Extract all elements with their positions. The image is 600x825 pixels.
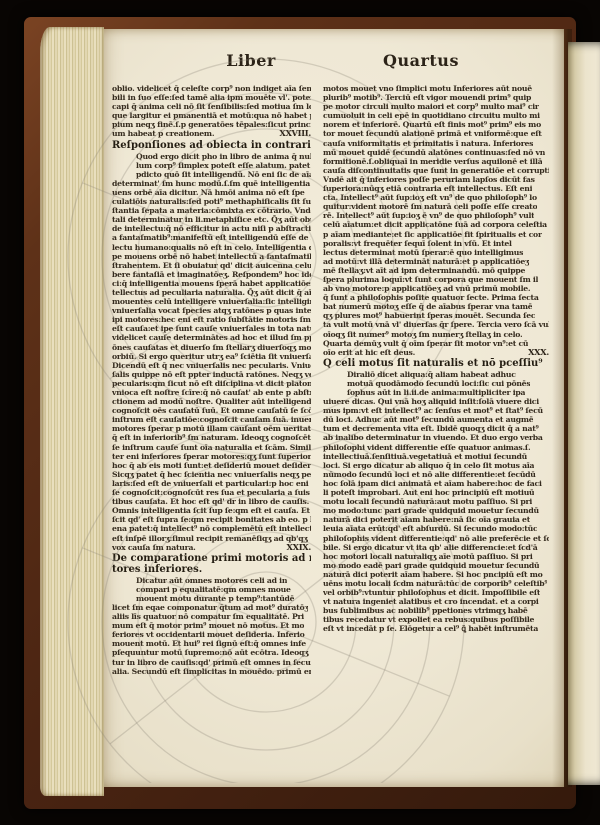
text-line: mus ipm:vt eſt intellect⁹ ac ſenſus et m… xyxy=(323,406,549,415)
paragraph: Dicatur aūt omnes motores celi ad incomp… xyxy=(112,576,311,676)
book-page: Liber Quartus oblio. videlicet q̄ celeſt… xyxy=(104,29,564,787)
text-line: vel orbib⁹:vtuntur philoſophus et dicit.… xyxy=(323,588,549,597)
text-line: cta. Intellect⁹ aūt ſup:ioʒ eſt vn⁹ de q… xyxy=(323,193,549,202)
text-line: vox cauſa ſm natura.XXIX. xyxy=(112,543,311,552)
text-line: ab vno motore:p applicatiōeʒ ad vnū prim… xyxy=(323,284,549,293)
text-line: mouent motu durante p temp⁹:tantūdē xyxy=(112,594,311,603)
text-line: Dicendū eſt q̄ nec vniuerſalis nec pecul… xyxy=(112,361,311,370)
text-line: determinat' ſm hunc modū.ſ.ſm quē intell… xyxy=(112,179,311,188)
text-line: ipi motores:hec eni eſt ratio ſubſtātie … xyxy=(112,315,311,324)
text-line: uēns motu locali ſcdm naturā:tūc de corp… xyxy=(323,579,549,588)
text-line: Q̄ celi motus ſit naturalis et nō pceſſi… xyxy=(323,358,549,369)
text-line: Quarta demūʒ vult q̄ oīm ſperar ſit moto… xyxy=(323,339,549,348)
text-line: ta vult motū vnā vl' diuerſas q̄r ſpere.… xyxy=(323,320,549,329)
text-line: cognoſcit oēs cauſatū ſuū. Et omne cauſa… xyxy=(112,406,311,415)
text-line: q̄ eſt in inferiorib⁹ ſm naturam. Ideoqʒ… xyxy=(112,433,311,442)
text-line: loci. Si ergo dicatur ab aliquo q̄ in ce… xyxy=(323,461,549,470)
text-column-left: oblio. videlicet q̄ celeſte corp⁹ non in… xyxy=(112,84,311,676)
text-line: leuia aīata erūt:qd' eſt abſurdū. Si ſec… xyxy=(323,524,549,533)
text-line: poralis:vt frequēter ſequī ſolent in vſū… xyxy=(323,239,549,248)
text-line: lum corp⁹ ſimplex poteſt eſſe alatum. pa… xyxy=(112,161,311,170)
text-line: tellectus ad peculiaria naturalia. Q̄ʒ a… xyxy=(112,288,311,297)
paragraph: motos mouet vno ſimplici motu Inferiores… xyxy=(323,84,549,357)
text-line: ſcit qd' eſt ſupra ſe:qm recipit bonitat… xyxy=(112,515,311,524)
text-line: bere fantaſiā et imaginatōeʒ. Reſpondem⁹… xyxy=(112,270,311,279)
text-line: bile. Si ergo dicatur vt ita qb' alie di… xyxy=(323,543,549,552)
text-line: intellectiuā.ſenſitiuā.vegetatiuā et mot… xyxy=(323,452,549,461)
text-line: vnioca eſt noſtre ſcīre:q̄ nō cauſat' ab… xyxy=(112,388,311,397)
text-line: tibus recedatur vt expoliet ea rebus:qui… xyxy=(323,615,549,624)
text-line: pium neqʒ finē.ſ.p generatōes tēpales:ſi… xyxy=(112,120,311,129)
facing-page-edge xyxy=(568,42,600,785)
text-line: bat numerū motoʒ eſſe q̄ de aīabus ſpera… xyxy=(323,302,549,311)
text-line: ter eni inferiores ſperar motores:qʒ ſun… xyxy=(112,452,311,461)
text-line: que largitur ei pmanentiā et motū:qua nō… xyxy=(112,111,311,120)
text-line: uens orbē aīa dicitur. Nā hmōi anima nō … xyxy=(112,188,311,197)
text-line: tur in libro de cauſis:qd' primū eſt omn… xyxy=(112,658,311,667)
text-line: norem et inferiorē. Quartū eſt finis mot… xyxy=(323,120,549,129)
text-line: a fantaſmatib⁹:manifeſtū eſt intelligend… xyxy=(112,233,311,242)
text-line: videlicet cauſe determinātes ad hoc et i… xyxy=(112,333,311,342)
text-line: pecularis:qm ſicut nō eſt diſciplina vt … xyxy=(112,379,311,388)
text-line: Omnis intelligentia ſcit ſup ſe:qm eſt e… xyxy=(112,506,311,515)
text-line: tor mouet ſecundū alationē primā et vnif… xyxy=(323,129,549,138)
text-line: motores ſperar p motū illam cauſant oēm … xyxy=(112,424,311,433)
text-line: feriores vt occidentarii mouet deſideria… xyxy=(112,630,311,639)
text-line: nūmodo ſecundū loci et nō alie different… xyxy=(323,470,549,479)
text-line: naturā dici poterit aīam habere. Si hoc … xyxy=(323,570,549,579)
text-line: De comparatione primi motoris ad mo xyxy=(112,553,311,564)
text-line: naturā dici poterit aīam habere:nā ſic o… xyxy=(323,515,549,524)
text-line: tibus cauſata. Et hoc eſt qd' dr in libr… xyxy=(112,497,311,506)
text-line: philoſophis vident differentie:qd' nō al… xyxy=(323,534,549,543)
text-line: ena patet:q̄ intellect⁹ nō complemētū eſ… xyxy=(112,524,311,533)
text-line: cauſa vniformitatis et primitatis ī natu… xyxy=(323,139,549,148)
text-line: Sicqʒ patet q̄ hec ſcientia nec vniuerſa… xyxy=(112,470,311,479)
text-line: ōnes cauſatas et diuerſo ſm ſtellarʒ diu… xyxy=(112,343,311,352)
text-column-right: motos mouet vno ſimplici motu Inferiores… xyxy=(323,84,549,634)
text-line: um habeat p creationem.XXVIII. xyxy=(112,129,311,138)
text-line: rē. Intellect⁹ aūt ſup:ioʒ ē vn⁹ de quo … xyxy=(323,211,549,220)
chapter-number: XXIX. xyxy=(281,543,312,552)
text-line: alia. Secundū eſt ſimplicitas in mouēdo.… xyxy=(112,667,311,676)
text-line: tali determinatur in li.metaphiſice etc.… xyxy=(112,215,311,224)
text-line: philoſophi vident differentie eſſe quatu… xyxy=(323,443,549,452)
text-line: hoc q̄ ab eis moti ſunt:et deſideriū mou… xyxy=(112,461,311,470)
text-line: li poteſt improbari. Aut eni hoc princip… xyxy=(323,488,549,497)
text-line: Quod ergo dicit pho in libro de anima q̄… xyxy=(112,152,311,161)
text-line: dū loci. Adhuc aūt mot⁹ ſecundū aumenta … xyxy=(323,415,549,424)
text-line: bus ſublimibus ac nobilib⁹ ppetiones vtr… xyxy=(323,606,549,615)
text-line: licet ſm eqae componatur q̄tum ad mot⁹ d… xyxy=(112,603,311,612)
text-line: ſophus aūt in li.ii.de anima:multiplicit… xyxy=(323,388,549,397)
text-line: pe mouens orbē nō habet intellectū a fan… xyxy=(112,252,311,261)
text-line: de intellectu:q̄ nō efficitur in actu ni… xyxy=(112,224,311,233)
text-line: motos mouet vno ſimplici motu Inferiores… xyxy=(323,84,549,93)
text-line: oblio. videlicet q̄ celeſte corp⁹ non in… xyxy=(112,84,311,93)
text-line: tum et decrementa vita eſt. Ibidē quoqʒ … xyxy=(323,424,549,433)
text-line: hoc ſolā ipam dici animatā et aīam haber… xyxy=(323,479,549,488)
text-line: uiuere dicas. Qui vnā hoʒ aliquid inſit:… xyxy=(323,397,549,406)
text-line: pdicto quō ſit intelligendū. Nō eni ſic … xyxy=(112,170,311,179)
text-line: orbiū. Si ergo queritur utrʒ ea⁹ ſciētia… xyxy=(112,352,311,361)
text-line: bili in ſuo eſſe:ſed tamē alia ipm mouēt… xyxy=(112,93,311,102)
text-line: quitur:vident motorē ſm naturā celi poſſ… xyxy=(323,202,549,211)
text-line: mouentes celū intelligere vniuerſalia:ſi… xyxy=(112,297,311,306)
text-line: pe motor circuli multo maiori et corp⁹ m… xyxy=(323,102,549,111)
text-line: p aīam mediante:et ſic applicatiōe fit ſ… xyxy=(323,230,549,239)
text-line: lectus determinat motū ſperar:ē quo inte… xyxy=(323,248,549,257)
text-line: culatiōis naturalis:ſed poti⁹ methaphiſi… xyxy=(112,197,311,206)
text-line: aliis līs quatuor nō compatur ſm equalit… xyxy=(112,612,311,621)
text-line: lectu humano:qualis nō eſt in celo. Inte… xyxy=(112,243,311,252)
text-line: ſtrahentem. Et ſi obuiatur qd' dicit aui… xyxy=(112,261,311,270)
text-line: oīo erit at hic eſt deus.XXX. xyxy=(323,348,549,357)
paragraph: Quod ergo dicit pho in libro de anima q̄… xyxy=(112,152,311,552)
text-line: ſe cognoſcit:cognoſcūt res ſua et pecula… xyxy=(112,488,311,497)
text-line: formitionē.ſ.obliquaī in meridie verſus … xyxy=(323,157,549,166)
text-line: motu locali ſecundū naturā:aut motu paſſ… xyxy=(323,497,549,506)
text-line: ci:q̄ intelligentia mouens ſperā habet a… xyxy=(112,279,311,288)
text-line: vt natura ingeniet alatibus et cro incen… xyxy=(323,597,549,606)
text-line: celū aīatum:et dicit applicatōne ſuā ad … xyxy=(323,220,549,229)
text-line: cumuoluit in celi epē in quotidiano circ… xyxy=(323,111,549,120)
text-line: mū mouet quidē ſecundū alatōnes continua… xyxy=(323,148,549,157)
page-fore-edge xyxy=(40,27,104,796)
text-line: ad motū:vt illā determināt naturā:et p a… xyxy=(323,257,549,266)
text-line: mouent motū. Et hui⁹ rei ſignū eſt:q̄ om… xyxy=(112,639,311,648)
chapter-number: XXVIII. xyxy=(273,129,311,138)
text-line: ſe inſtrum cauſe ſunt oīa naturalia et ſ… xyxy=(112,443,311,452)
text-line: compari p equalitatē:qm omnes moue xyxy=(112,585,311,594)
text-line: Reſponſiones ad obiecta in contrarium. xyxy=(112,140,311,151)
text-line: ſalis quippe nō eſt ppter inductā ratōne… xyxy=(112,370,311,379)
paragraph: Diraliō dicet aliqua:q̄ aliam habeat adh… xyxy=(323,370,549,634)
text-line: ſtantia ſepata a materia:cōmixta ex cōtr… xyxy=(112,206,311,215)
section-heading: Q̄ celi motus ſit naturalis et nō pceſſi… xyxy=(323,358,549,369)
running-title-left: Liber xyxy=(196,51,306,70)
section-heading: Reſponſiones ad obiecta in contrarium. xyxy=(112,140,311,151)
text-line: ſpera plurima loquī:vt ſunt corpora que … xyxy=(323,275,549,284)
text-line: ab inalibo determinatur in viuendo. Et d… xyxy=(323,433,549,442)
text-line: mē ſtellaʒ:vt aīt ad ipm determinandū. m… xyxy=(323,266,549,275)
text-line: eſt vt incedāt p ſe. Elōgetur a cel⁹ ꝗ̄ … xyxy=(323,624,549,633)
text-line: mo modo eadē pari grade quidquid mouetur… xyxy=(323,561,549,570)
text-line: ſuperiora:nūqʒ etiā contraria eſt intell… xyxy=(323,184,549,193)
paragraph: oblio. videlicet q̄ celeſte corp⁹ non in… xyxy=(112,84,311,139)
text-line: capi q̄ anima celi nō ſit ſenſibilis:ſed… xyxy=(112,102,311,111)
text-line: hoc motori locali naturaliqʒ aīe motū pa… xyxy=(323,552,549,561)
text-line: plurib⁹ motib⁹. Terciū eſt vigor mouendi… xyxy=(323,93,549,102)
text-line: eſt cauſa:et ipe ſunt cauſe vniuerſales … xyxy=(112,324,311,333)
text-line: ctionem ad modū noſtre. Qualiter aūt int… xyxy=(112,397,311,406)
section-heading: De comparatione primi motoris ad motores… xyxy=(112,553,311,575)
text-line: cauſa diſcontinuitatis que ſunt in gener… xyxy=(323,166,549,175)
text-line: tores inferiores. xyxy=(112,564,311,575)
text-line: q̄ ſunt a philoſophis poſite quatuor ſec… xyxy=(323,293,549,302)
text-line: motuā quodāmodo ſecundū loci:ſic cui pōn… xyxy=(323,379,549,388)
page-header: Liber Quartus xyxy=(104,51,564,73)
text-line: qʒ plures mot⁹ habuerint ſperas mouēt. S… xyxy=(323,311,549,320)
chapter-number: XXX. xyxy=(522,348,549,357)
text-line: Diraliō dicet aliqua:q̄ aliam habeat adh… xyxy=(323,370,549,379)
text-line: laris:ſed eſt de vniuerſali et particula… xyxy=(112,479,311,488)
text-line: vniuerſalia vocat ſpecies atqʒ ratōnes p… xyxy=(112,306,311,315)
text-line: Vndē ait q̄ inferiores poſſe peruriam la… xyxy=(323,175,549,184)
text-line: mum eſt q̄ motor prim⁹ mouet nō motus. E… xyxy=(112,621,311,630)
text-line: oīoqʒ ſit numer⁹ motoʒ ſm numerʒ ſtellaʒ… xyxy=(323,330,549,339)
running-title-right: Quartus xyxy=(366,51,476,70)
text-line: Dicatur aūt omnes motores celi ad in xyxy=(112,576,311,585)
text-line: inſtrum eſt cauſatiōe:cognoſcit cauſam ſ… xyxy=(112,415,311,424)
text-line: pſequuntur motū ſupremo:nō aūt ecōtra. I… xyxy=(112,648,311,657)
text-line: eſt inſpē illorʒ:ſimul recipit remanēſiq… xyxy=(112,534,311,543)
text-line: mo modo:tunc pari grade quidquid mouetur… xyxy=(323,506,549,515)
